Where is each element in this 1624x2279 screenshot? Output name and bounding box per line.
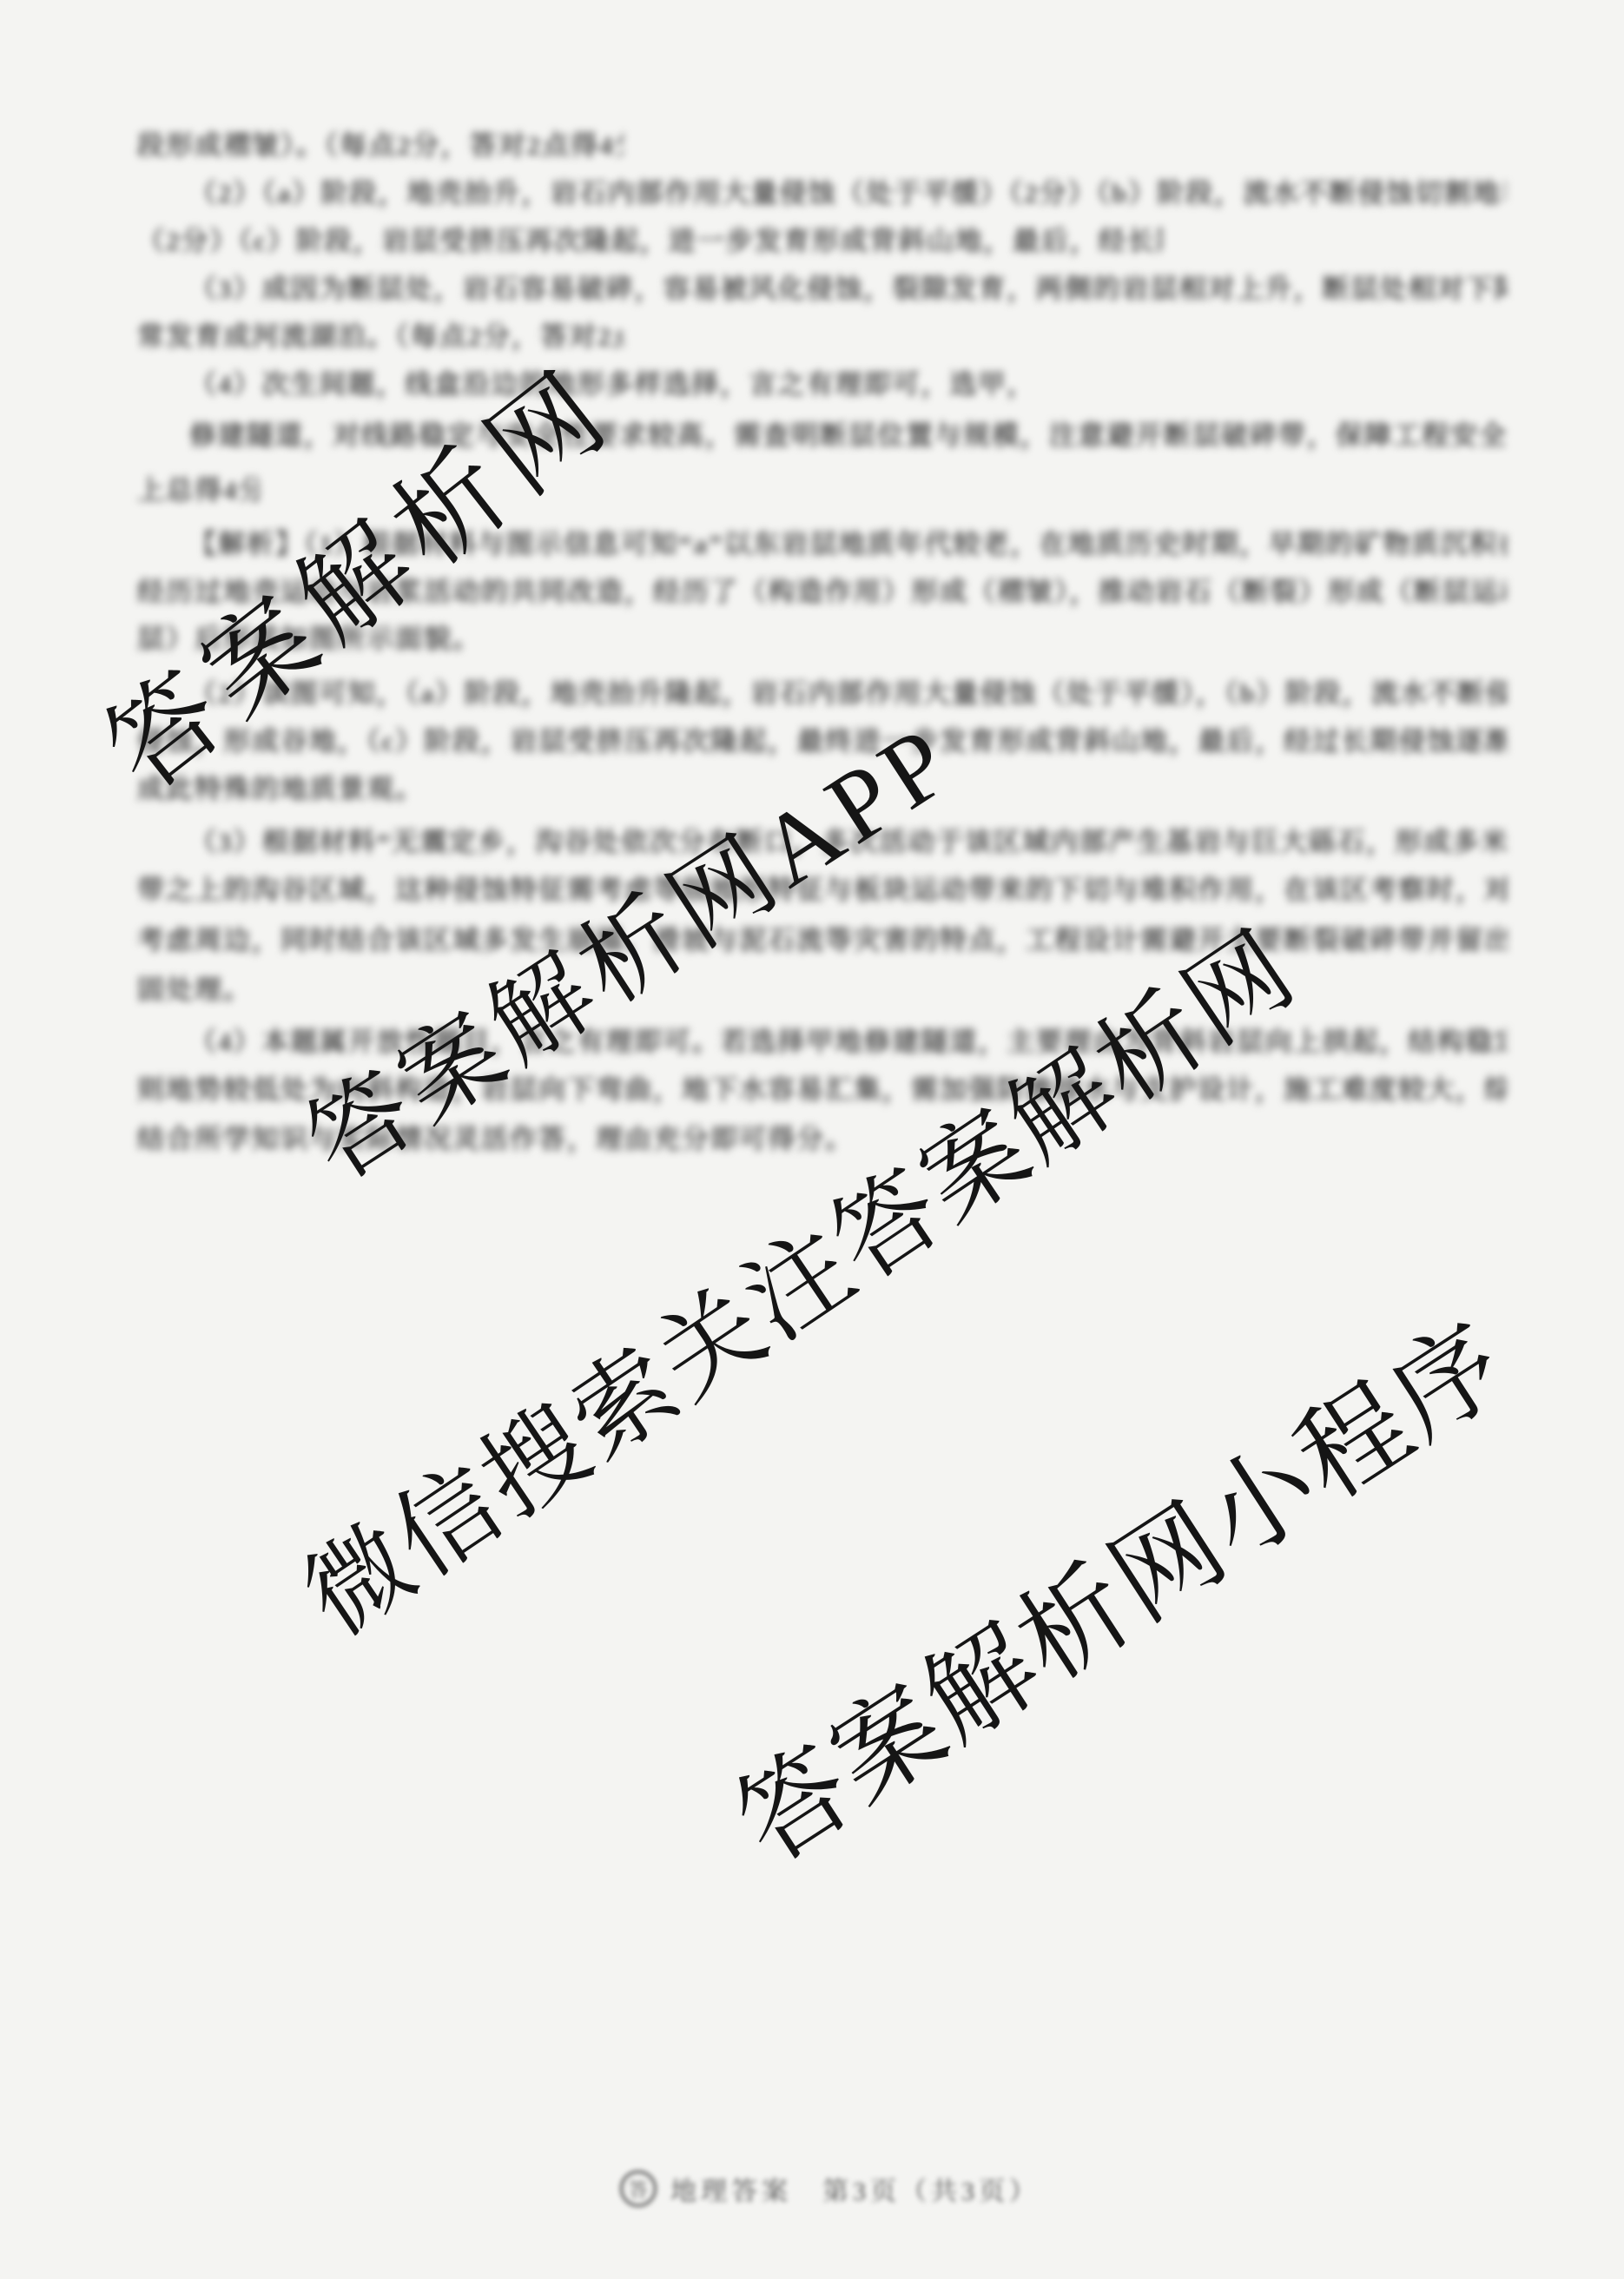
blurred-text-line: 侵蚀，形成谷地，（c）阶段，岩层受挤压再次隆起，最终进一步发育形成背斜山地，最后…	[137, 724, 1507, 761]
blurred-text-line: 【解析】（1）根据材料与图示信息可知“a”以东岩层地质年代较老，在地质历史时期，…	[189, 527, 1507, 564]
blurred-text-line: 结合所学知识与实际情况灵活作答，理由充分即可得分。	[137, 1122, 845, 1159]
blurred-text-line: （2）（a）阶段，地壳抬升，岩石内部作用大量侵蚀（处于平缓）（2分）（b）阶段，…	[189, 176, 1507, 213]
blurred-text-line: 固处理。	[137, 973, 259, 1009]
blurred-text-line: 带之上的沟谷区域，这种侵蚀特征需考虑等级地形特征与板块运动带来的下切与堆积作用，…	[137, 873, 1507, 909]
blurred-text-line: 修建隧道，对线路稳定与安全性要求较高，需查明断层位置与规模，注意避开断层破碎带，…	[189, 419, 1507, 455]
blurred-text-line: （2）读图可知，（a）阶段，地壳抬升隆起，岩石内部作用大量侵蚀（处于平缓），（b…	[189, 677, 1507, 713]
blurred-text-line: （4）次生间题，线盒沿边的地形多样选择，言之有理即可，选甲，（2分）	[189, 367, 1014, 404]
footer-logo-char: 答	[629, 2176, 648, 2203]
blurred-text-line: （3）成因为断层处，岩石容易破碎，容易被风化侵蚀，裂隙发育，两侧的岩层相对上升，…	[189, 272, 1507, 308]
blurred-text-line: 则地势较低处为向斜构造，岩层向下弯曲，地下水容易汇集，需加强防渗排水与支护设计，…	[137, 1073, 1507, 1109]
blurred-text-line: （4）本题属开放性题目，言之有理即可。若选择甲地修建隧道，主要理由为背斜岩层向上…	[189, 1025, 1507, 1061]
blurred-text-line: 成此特殊的地质景观。	[137, 772, 754, 809]
document-page: 段形成褶皱）。（每点2分，答对2点得4分）（2）（a）阶段，地壳抬升，岩石内部作…	[0, 0, 1624, 2279]
watermark-mini-program: 答案解析网小程序	[721, 1305, 1525, 1880]
blurred-text-line: 常发育成河流湖泊。（每点2分，答对2点得4分）	[137, 320, 624, 356]
footer-logo-icon: 答	[620, 2170, 657, 2207]
blurred-text-line: 考虑周边，同时结合该区域多发生崩塌、滑坡与泥石流等灾害的特点，工程设计需避开主要…	[137, 923, 1507, 960]
blurred-text-line: （3）根据材料“无震定乡，沟谷处依次分布断口，多次活动于该区域内部产生基岩与巨大…	[189, 825, 1507, 862]
blurred-text-line: 上总得4分）	[137, 473, 259, 510]
blurred-text-line: 层）后形成如图所示面貌。	[137, 622, 611, 658]
page-footer: 答 地理答案 第3页（共3页）	[620, 2170, 1040, 2208]
blurred-text-line: 段形成褶皱）。（每点2分，答对2点得4分）	[137, 129, 624, 165]
blurred-text-line: 经历过地壳运动与岩浆活动的共同改造，经历了（构造作用）形成（褶皱），推动岩石（断…	[137, 575, 1507, 611]
blurred-text-line: （2分）（c）阶段，岩层受挤压再次隆起，进一步发育形成背斜山地，最后，经长期侵蚀…	[137, 224, 1162, 261]
footer-page-label: 地理答案 第3页（共3页）	[670, 2170, 1040, 2208]
